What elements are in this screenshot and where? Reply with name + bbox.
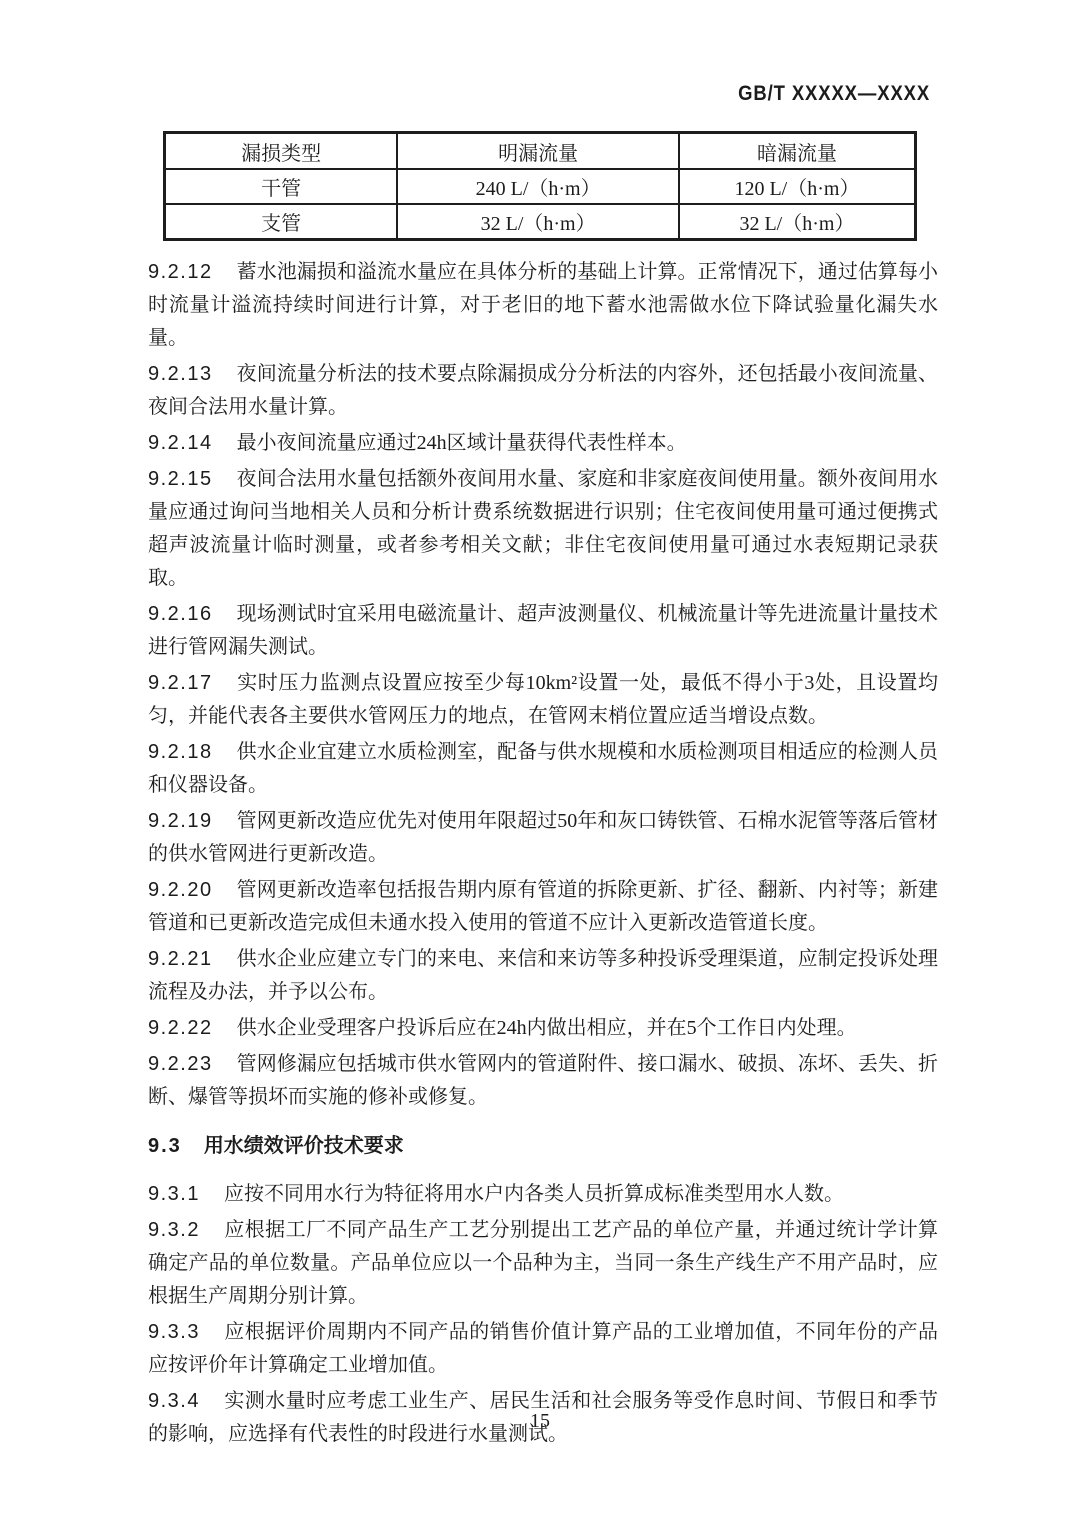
clause-text: 夜间合法用水量包括额外夜间用水量、家庭和非家庭夜间使用量。额外夜间用水量应通过询… xyxy=(148,468,938,589)
cell-branch-pipe-hidden-flow: 32 L/（h·m） xyxy=(679,204,916,240)
clause-9-2-13: 9.2.13夜间流量分析法的技术要点除漏损成分分析法的内容外，还包括最小夜间流量… xyxy=(148,358,938,424)
clause-9-2-16: 9.2.16现场测试时宜采用电磁流量计、超声波测量仪、机械流量计等先进流量计量技… xyxy=(148,598,938,664)
clause-number: 9.2.18 xyxy=(148,741,213,763)
clause-number: 9.2.20 xyxy=(148,879,213,901)
clause-9-2-17: 9.2.17实时压力监测点设置应按至少每10km²设置一处，最低不得小于3处，且… xyxy=(148,667,938,733)
cell-main-pipe-visible-flow: 240 L/（h·m） xyxy=(397,169,679,204)
cell-branch-pipe-visible-flow: 32 L/（h·m） xyxy=(397,204,679,240)
cell-main-pipe-hidden-flow: 120 L/（h·m） xyxy=(679,169,916,204)
clause-text: 供水企业宜建立水质检测室，配备与供水规模和水质检测项目相适应的检测人员和仪器设备… xyxy=(148,741,938,796)
clause-number: 9.3.4 xyxy=(148,1390,200,1412)
clause-9-3-2: 9.3.2应根据工厂不同产品生产工艺分别提出工艺产品的单位产量，并通过统计学计算… xyxy=(148,1214,938,1313)
clause-number: 9.2.19 xyxy=(148,810,213,832)
table-row-main-pipe: 干管 240 L/（h·m） 120 L/（h·m） xyxy=(165,169,916,204)
clause-text: 管网更新改造率包括报告期内原有管道的拆除更新、扩径、翻新、内衬等；新建管道和已更… xyxy=(148,879,938,934)
clause-number: 9.2.13 xyxy=(148,363,213,385)
clause-9-2-18: 9.2.18供水企业宜建立水质检测室，配备与供水规模和水质检测项目相适应的检测人… xyxy=(148,736,938,802)
page-footer: 15 xyxy=(0,1410,1080,1433)
clause-number: 9.2.22 xyxy=(148,1017,213,1039)
clause-number: 9.2.15 xyxy=(148,468,213,490)
clause-number: 9.3.2 xyxy=(148,1219,200,1241)
clause-text: 夜间流量分析法的技术要点除漏损成分分析法的内容外，还包括最小夜间流量、夜间合法用… xyxy=(148,363,938,418)
clause-text: 应根据评价周期内不同产品的销售价值计算产品的工业增加值，不同年份的产品应按评价年… xyxy=(148,1321,938,1376)
clause-9-2-20: 9.2.20管网更新改造率包括报告期内原有管道的拆除更新、扩径、翻新、内衬等；新… xyxy=(148,874,938,940)
clause-number: 9.3.3 xyxy=(148,1321,200,1343)
table-header-visible-leak-flow: 明漏流量 xyxy=(397,133,679,170)
doc-code: GB/T XXXXX—XXXX xyxy=(738,82,930,106)
document-body: 9.2.12蓄水池漏损和溢流水量应在具体分析的基础上计算。正常情况下，通过估算每… xyxy=(148,256,938,1454)
cell-branch-pipe-label: 支管 xyxy=(165,204,398,240)
clause-text: 应按不同用水行为特征将用水户内各类人员折算成标准类型用水人数。 xyxy=(224,1183,844,1205)
clause-9-2-21: 9.2.21供水企业应建立专门的来电、来信和来访等多种投诉受理渠道，应制定投诉处… xyxy=(148,943,938,1009)
clause-text: 现场测试时宜采用电磁流量计、超声波测量仪、机械流量计等先进流量计量技术进行管网漏… xyxy=(148,603,938,658)
table-row-branch-pipe: 支管 32 L/（h·m） 32 L/（h·m） xyxy=(165,204,916,240)
clause-number: 9.2.12 xyxy=(148,261,213,283)
clause-text: 供水企业受理客户投诉后应在24h内做出相应，并在5个工作日内处理。 xyxy=(237,1017,857,1039)
clause-9-2-19: 9.2.19管网更新改造应优先对使用年限超过50年和灰口铸铁管、石棉水泥管等落后… xyxy=(148,805,938,871)
page-number: 15 xyxy=(530,1410,550,1432)
clause-text: 应根据工厂不同产品生产工艺分别提出工艺产品的单位产量，并通过统计学计算确定产品的… xyxy=(148,1219,938,1307)
clause-9-3-1: 9.3.1应按不同用水行为特征将用水户内各类人员折算成标准类型用水人数。 xyxy=(148,1178,938,1211)
leakage-flow-table: 漏损类型 明漏流量 暗漏流量 干管 240 L/（h·m） 120 L/（h·m… xyxy=(163,131,917,241)
clause-number: 9.2.14 xyxy=(148,432,213,454)
table-header-leak-type: 漏损类型 xyxy=(165,133,398,170)
clause-number: 9.2.16 xyxy=(148,603,213,625)
clause-text: 管网修漏应包括城市供水管网内的管道附件、接口漏水、破损、冻坏、丢失、折断、爆管等… xyxy=(148,1053,938,1108)
clause-9-2-22: 9.2.22供水企业受理客户投诉后应在24h内做出相应，并在5个工作日内处理。 xyxy=(148,1012,938,1045)
clause-text: 实时压力监测点设置应按至少每10km²设置一处，最低不得小于3处，且设置均匀，并… xyxy=(148,672,938,727)
clause-9-2-23: 9.2.23管网修漏应包括城市供水管网内的管道附件、接口漏水、破损、冻坏、丢失、… xyxy=(148,1048,938,1114)
clause-9-3-3: 9.3.3应根据评价周期内不同产品的销售价值计算产品的工业增加值，不同年份的产品… xyxy=(148,1316,938,1382)
clause-text: 供水企业应建立专门的来电、来信和来访等多种投诉受理渠道，应制定投诉处理流程及办法… xyxy=(148,948,938,1003)
clause-9-2-14: 9.2.14最小夜间流量应通过24h区域计量获得代表性样本。 xyxy=(148,427,938,460)
clause-text: 蓄水池漏损和溢流水量应在具体分析的基础上计算。正常情况下，通过估算每小时流量计溢… xyxy=(148,261,938,349)
table-header-hidden-leak-flow: 暗漏流量 xyxy=(679,133,916,170)
cell-main-pipe-label: 干管 xyxy=(165,169,398,204)
clause-text: 管网更新改造应优先对使用年限超过50年和灰口铸铁管、石棉水泥管等落后管材的供水管… xyxy=(148,810,938,865)
clause-number: 9.2.21 xyxy=(148,948,213,970)
clause-text: 最小夜间流量应通过24h区域计量获得代表性样本。 xyxy=(237,432,687,454)
document-page: GB/T XXXXX—XXXX 漏损类型 明漏流量 暗漏流量 干管 240 L/… xyxy=(0,0,1080,1527)
clause-number: 9.2.23 xyxy=(148,1053,213,1075)
clause-number: 9.3.1 xyxy=(148,1183,200,1205)
section-title: 用水绩效评价技术要求 xyxy=(204,1135,404,1157)
clause-9-2-15: 9.2.15夜间合法用水量包括额外夜间用水量、家庭和非家庭夜间使用量。额外夜间用… xyxy=(148,463,938,595)
table-header-row: 漏损类型 明漏流量 暗漏流量 xyxy=(165,133,916,170)
clause-9-2-12: 9.2.12蓄水池漏损和溢流水量应在具体分析的基础上计算。正常情况下，通过估算每… xyxy=(148,256,938,355)
clause-number: 9.2.17 xyxy=(148,672,213,694)
section-heading-9-3: 9.3用水绩效评价技术要求 xyxy=(148,1130,938,1163)
section-number: 9.3 xyxy=(148,1135,182,1157)
